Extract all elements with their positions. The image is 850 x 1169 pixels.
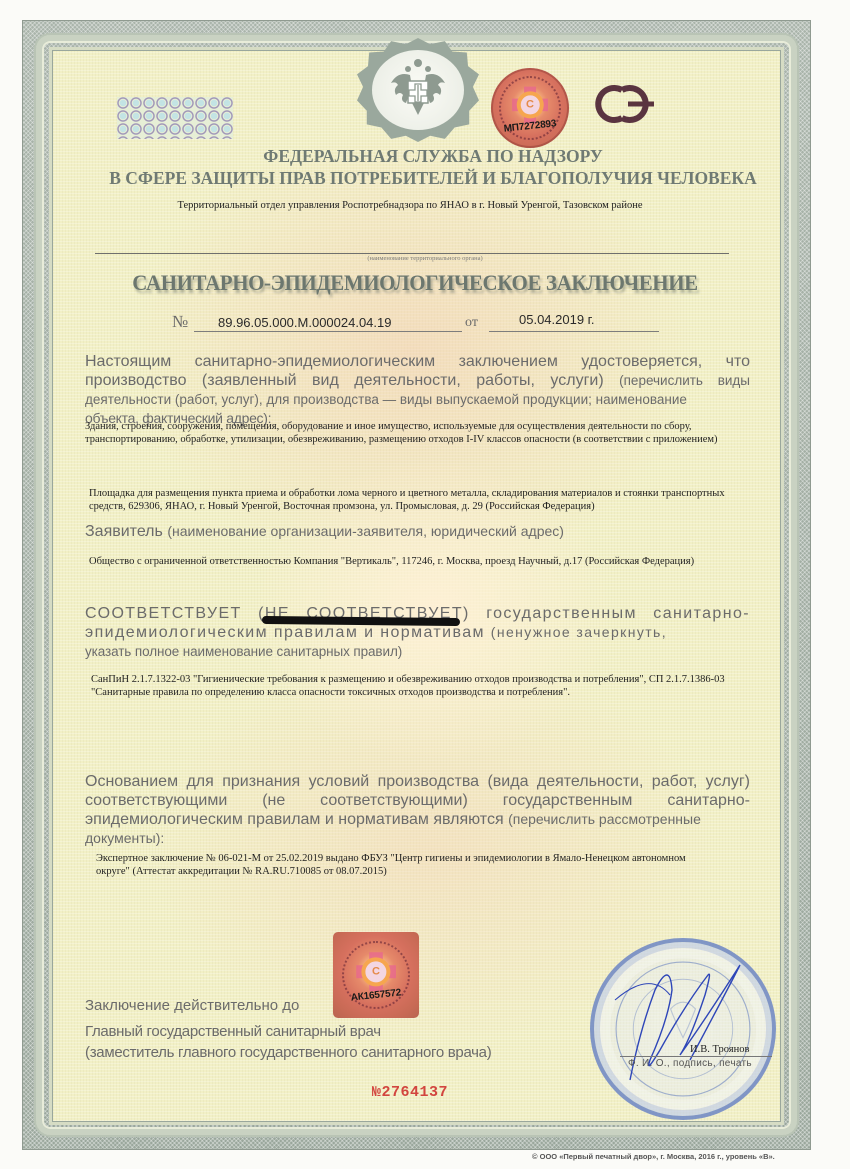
valid-until-label: Заключение действительно до bbox=[85, 997, 299, 1014]
applicant-heading: Заявитель (наименование организации-заяв… bbox=[85, 522, 750, 541]
conformity-status: СООТВЕТСТВУЕТ ( bbox=[85, 605, 265, 622]
conformity-hint: (ненужное зачеркнуть, bbox=[491, 624, 667, 640]
document-title: САНИТАРНО-ЭПИДЕМИОЛОГИЧЕСКОЕ ЗАКЛЮЧЕНИЕ bbox=[29, 270, 801, 296]
site-address: Площадка для размещения пункта приема и … bbox=[89, 487, 729, 513]
intro-statement: Настоящим санитарно-эпидемиологическим з… bbox=[85, 352, 750, 428]
form-serial-number: №2764137 bbox=[372, 1084, 448, 1101]
hologram-c-icon: C bbox=[517, 91, 544, 118]
agency-name-line-2: В СФЕРЕ ЗАЩИТЫ ПРАВ ПОТРЕБИТЕЛЕЙ И БЛАГО… bbox=[8, 168, 850, 189]
applicant-value: Общество с ограниченной ответственностью… bbox=[89, 555, 729, 568]
number-underline bbox=[194, 331, 462, 332]
territorial-caption: (наименование территориального органа) bbox=[0, 255, 850, 262]
applicant-hint: (наименование организации-заявителя, юри… bbox=[167, 523, 564, 539]
territorial-underline bbox=[95, 253, 729, 254]
security-pattern-icon bbox=[117, 97, 233, 139]
basis-documents: Экспертное заключение № 06-021-М от 25.0… bbox=[96, 852, 716, 878]
document-number: 89.96.05.000.М.000024.04.19 bbox=[218, 315, 391, 330]
agency-name-line-1: ФЕДЕРАЛЬНАЯ СЛУЖБА ПО НАДЗОРУ bbox=[8, 146, 850, 167]
conformity-hint-end: указать полное наименование санитарных п… bbox=[85, 642, 750, 661]
hologram-sticker-bottom: C АК1657572 bbox=[333, 932, 419, 1018]
basis-hint: (перечислить рассмотренные bbox=[508, 811, 701, 827]
se-mark-logo-icon bbox=[586, 82, 662, 126]
signer-underline bbox=[620, 1056, 772, 1057]
document-number-row: № 89.96.05.000.М.000024.04.19 от 05.04.2… bbox=[172, 312, 662, 334]
basis-statement: Основанием для признания условий произво… bbox=[85, 772, 750, 848]
conformity-statement: СООТВЕТСТВУЕТ (НЕ СООТВЕТСТВУЕТ) государ… bbox=[85, 604, 750, 661]
doctor-title: Главный государственный санитарный врач bbox=[85, 1023, 381, 1040]
signer-name: И.В. Троянов bbox=[690, 1044, 749, 1055]
document-date: 05.04.2019 г. bbox=[519, 312, 594, 327]
activity-description: Здания, строения, сооружения, помещения,… bbox=[85, 420, 740, 446]
doctor-deputy-title: (заместитель главного государственного с… bbox=[85, 1044, 491, 1061]
date-underline bbox=[489, 331, 659, 332]
printer-credit: © ООО «Первый печатный двор», г. Москва,… bbox=[532, 1152, 775, 1161]
rospotrebnadzor-emblem-icon bbox=[350, 38, 486, 142]
basis-hint-end: документы): bbox=[85, 829, 750, 848]
date-label: от bbox=[465, 315, 478, 331]
number-sign: № bbox=[172, 312, 188, 332]
signer-caption: Ф. И. О., подпись, печать bbox=[628, 1058, 752, 1069]
hologram-sticker-top: C МП7272893 bbox=[491, 68, 569, 148]
territorial-body: Территориальный отдел управления Роспотр… bbox=[0, 200, 820, 211]
applicant-label: Заявитель bbox=[85, 523, 163, 540]
signature-icon bbox=[610, 950, 760, 1100]
sanitary-rules: СанПиН 2.1.7.1322-03 "Гигиенические треб… bbox=[91, 673, 741, 699]
